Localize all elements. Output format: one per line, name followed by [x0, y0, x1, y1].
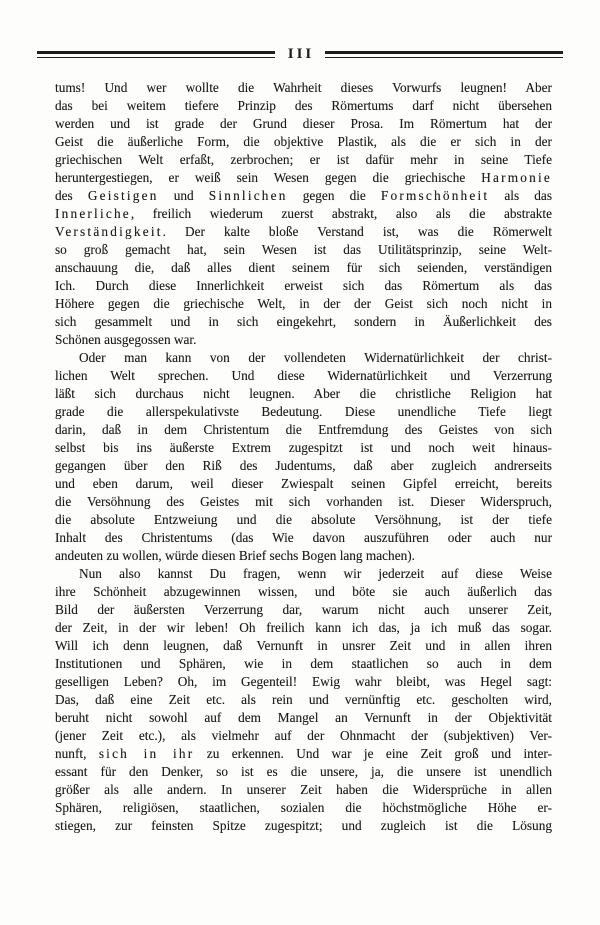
text-line: sich gesammelt und in sich eingekehrt, s… [55, 313, 552, 331]
text-line: Institutionen und Sphären, wie in dem st… [55, 655, 552, 673]
text-line: griechischen Welt erfaßt, zerbrochen; er… [55, 151, 552, 169]
text-line: geselligen Leben? Oh, im Gegenteil! Ewig… [55, 673, 552, 691]
text-line: Bild der äußersten Verzerrung dar, warum… [55, 601, 552, 619]
text-line: beruht nicht sowohl auf dem Mangel an Ve… [55, 709, 552, 727]
text-line: anschauung die, daß alles dient seinem f… [55, 259, 552, 277]
text-line: Oder man kann von der vollendeten Widern… [55, 349, 552, 367]
text-line: die Versöhnung des Geistes mit sich vorh… [55, 493, 552, 511]
paragraph: Nun also kannst Du fragen, wenn wir jede… [55, 565, 552, 835]
text-line: lichen Welt sprechen. Und diese Widernat… [55, 367, 552, 385]
text-line: läßt sich durchaus nicht leugnen. Aber d… [55, 385, 552, 403]
text-line: des Geistigen und Sinnlichen gegen die F… [55, 187, 552, 205]
text-line: Ich. Durch diese Innerlichkeit erweist s… [55, 277, 552, 295]
text-line: (jener Zeit etc.), als vielmehr auf der … [55, 727, 552, 745]
text-line: Sphären, religiösen, staatlichen, sozial… [55, 799, 552, 817]
text-line: Inhalt des Christentums (das Wie davon a… [55, 529, 552, 547]
header-rule-left [37, 51, 275, 58]
text-line: Nun also kannst Du fragen, wenn wir jede… [55, 565, 552, 583]
text-line: Das, daß eine Zeit etc. als rein und ver… [55, 691, 552, 709]
text-block: tums! Und wer wollte die Wahrheit dieses… [55, 79, 552, 835]
page-number: III [286, 47, 315, 62]
book-page: III tums! Und wer wollte die Wahrheit di… [0, 0, 600, 925]
text-line: Geist die äußerliche Form, die objektive… [55, 133, 552, 151]
text-line: essant für den Denker, so ist es die uns… [55, 763, 552, 781]
text-line: Höhere gegen die griechische Welt, in de… [55, 295, 552, 313]
text-line: heruntergestiegen, er weiß sein Wesen ge… [55, 169, 552, 187]
text-line: Innerliche, freilich wiederum zuerst abs… [55, 205, 552, 223]
header-rule-right [325, 51, 563, 58]
text-line: werden und ist grade der Grund dieser Pr… [55, 115, 552, 133]
text-line: die absolute Entzweiung und die absolute… [55, 511, 552, 529]
text-line: selbst bis ins äußerste Extrem zugespitz… [55, 439, 552, 457]
text-line: und eben darum, weil dieser Zwiespalt se… [55, 475, 552, 493]
text-line: Verständigkeit. Der kalte bloße Verstand… [55, 223, 552, 241]
text-line: das bei weitem tiefere Prinzip des Römer… [55, 97, 552, 115]
text-line: gegangen über den Riß des Judentums, daß… [55, 457, 552, 475]
text-line: nunft, sich in ihr zu erkennen. Und war … [55, 745, 552, 763]
text-line: stiegen, zur feinsten Spitze zugespitzt;… [55, 817, 552, 835]
page-header: III [37, 46, 563, 63]
text-line: darin, daß in dem Christentum die Entfre… [55, 421, 552, 439]
text-line: Schönen ausgegossen war. [55, 331, 552, 349]
text-line: ihre Schönheit abzugewinnen wissen, und … [55, 583, 552, 601]
paragraph: tums! Und wer wollte die Wahrheit dieses… [55, 79, 552, 349]
paragraph: Oder man kann von der vollendeten Widern… [55, 349, 552, 565]
text-line: Will ich denn leugnen, daß Vernunft in u… [55, 637, 552, 655]
text-line: grade die allerspekulativste Bedeutung. … [55, 403, 552, 421]
text-line: der Zeit, in der wir leben! Oh freilich … [55, 619, 552, 637]
text-line: größer als alle andern. In unserer Zeit … [55, 781, 552, 799]
text-line: so groß gemacht hat, sein Wesen ist das … [55, 241, 552, 259]
text-line: tums! Und wer wollte die Wahrheit dieses… [55, 79, 552, 97]
text-line: andeuten zu wollen, würde diesen Brief s… [55, 547, 552, 565]
